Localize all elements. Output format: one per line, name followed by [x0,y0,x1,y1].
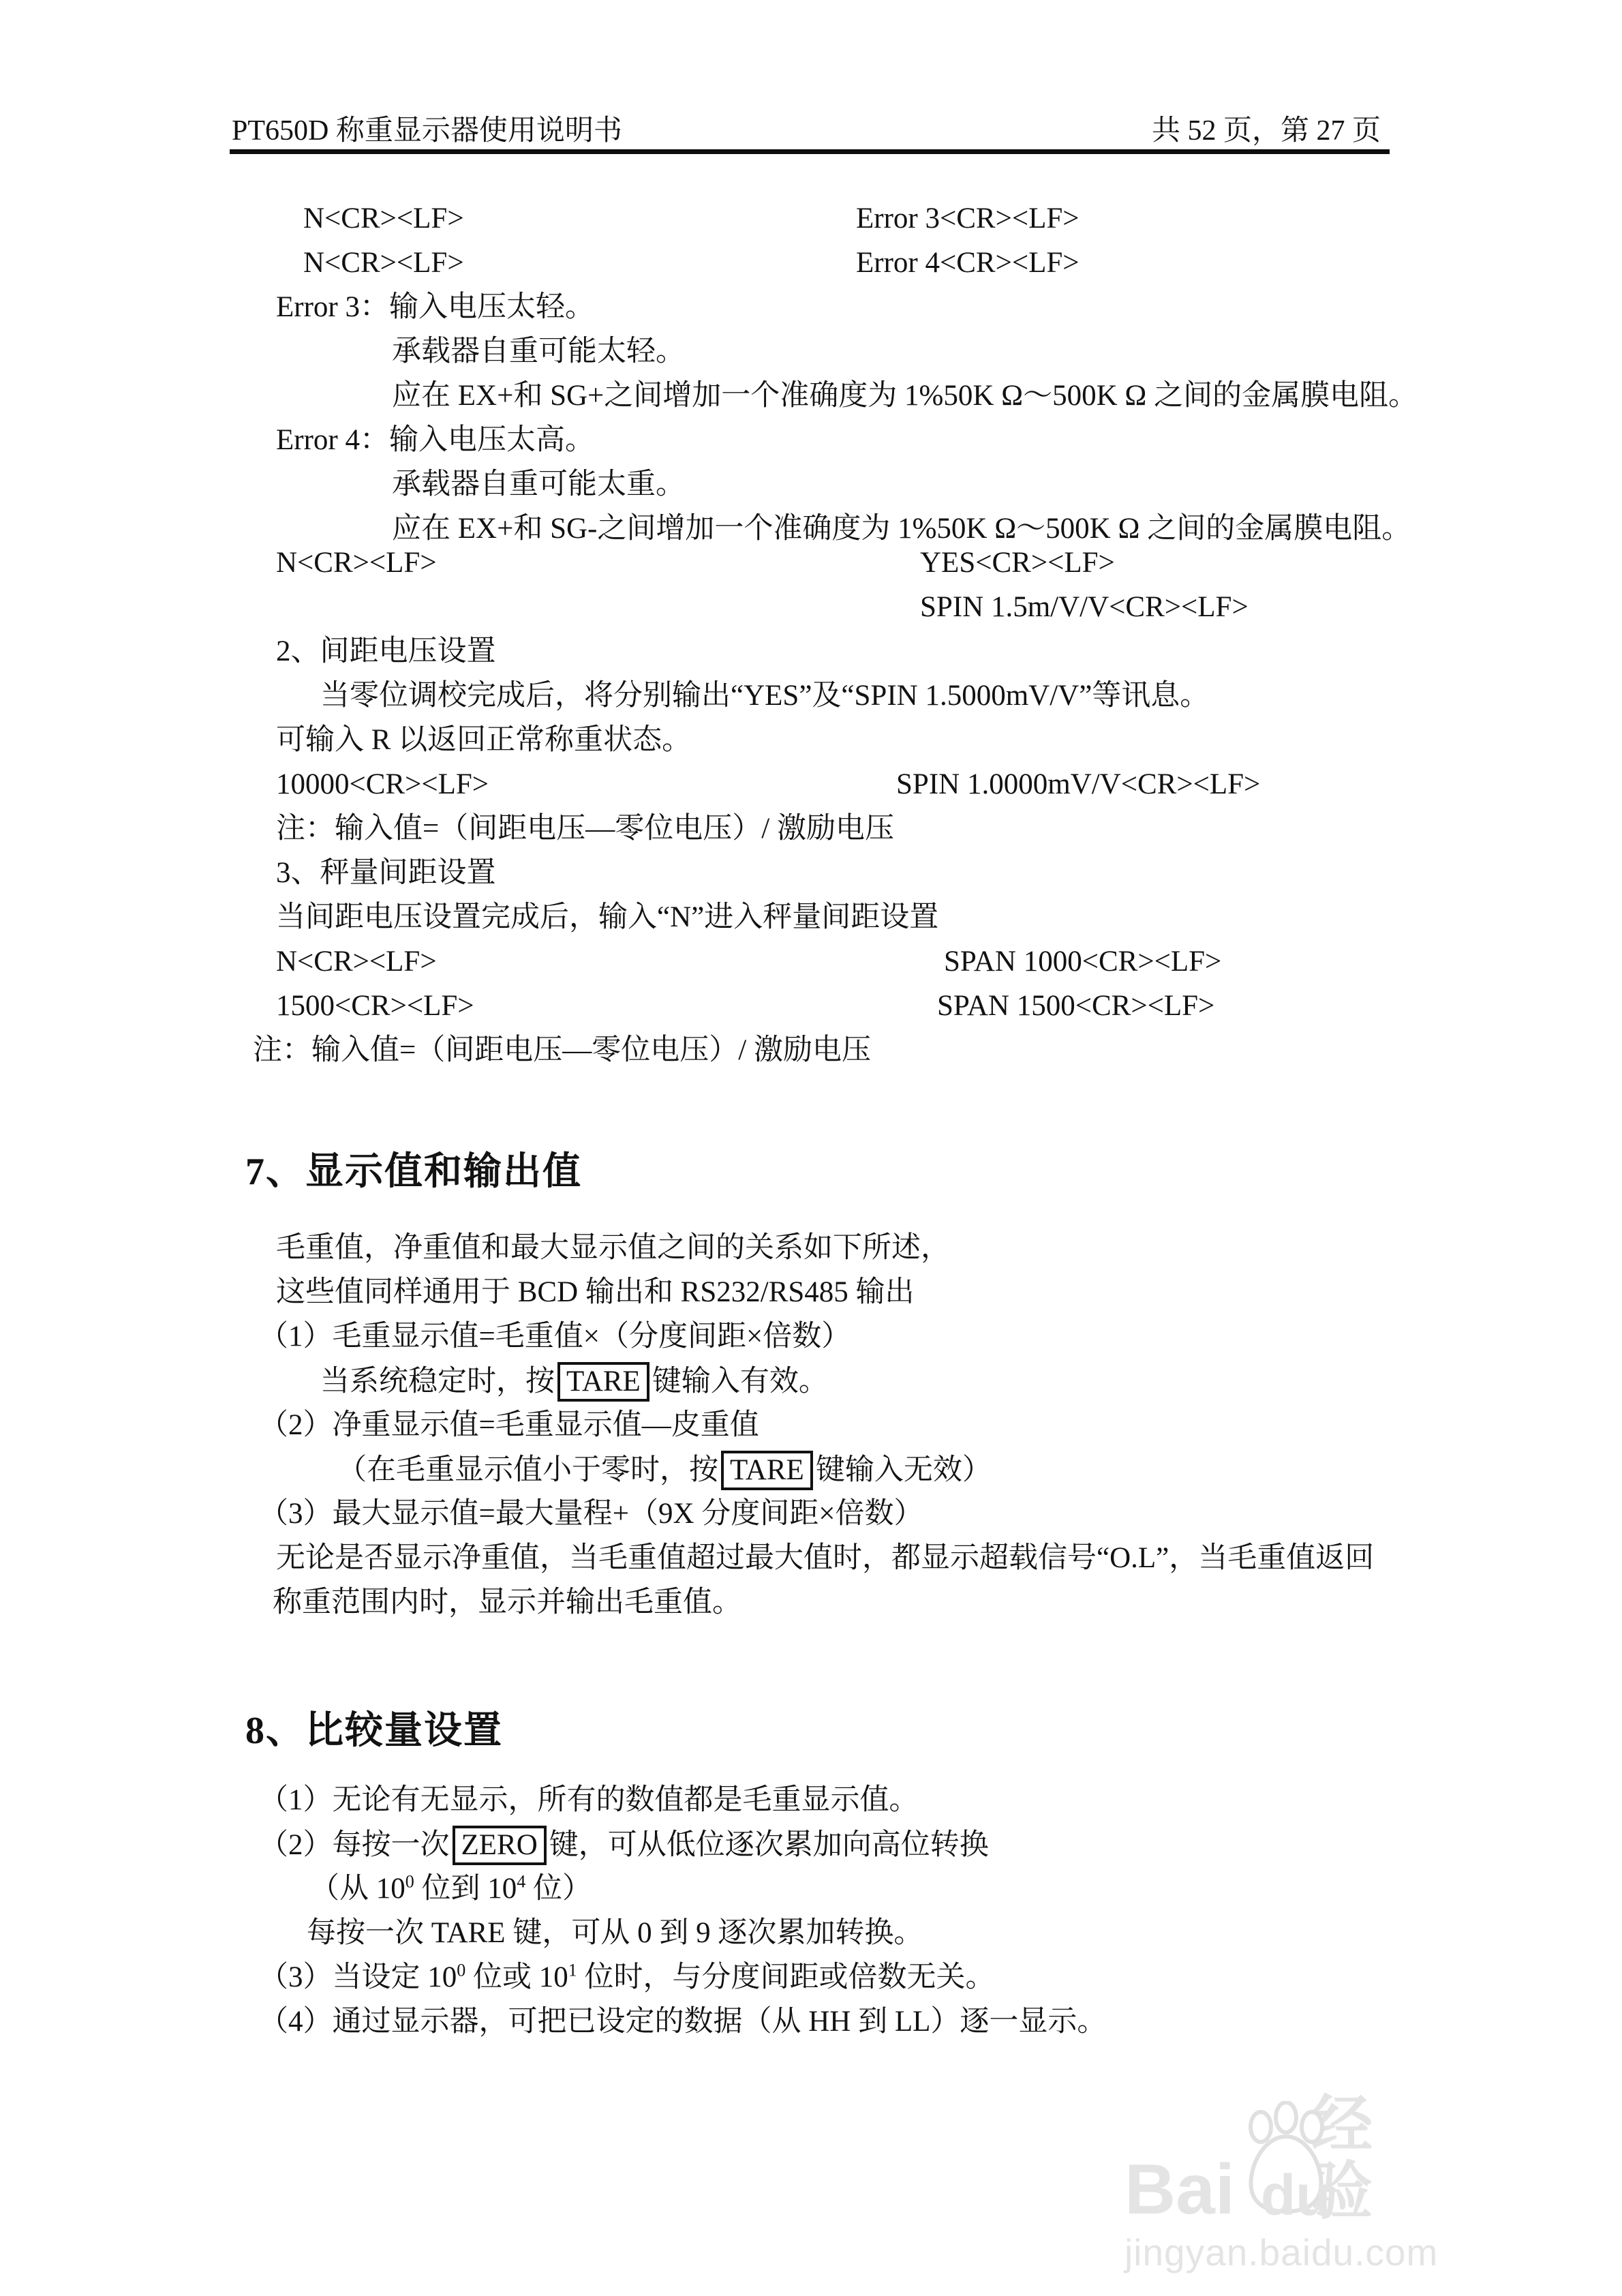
zero-key-cap: ZERO [453,1826,547,1865]
exchange-line: Error 4<CR><LF> [856,244,1080,282]
baidu-jingyan-watermark: Bai du 经验 jingyan.baidu.com [1124,2091,1397,2273]
device-response: Error 3<CR><LF> [856,202,1080,235]
text-before-key: （2）每按一次 [259,1829,450,1861]
device-response: SPAN 1500<CR><LF> [937,990,1214,1022]
exponent: 4 [517,1872,525,1892]
text-after-key: 键输入无效） [816,1454,992,1486]
sent-command: N<CR><LF> [303,247,464,279]
section7-para2: 这些值同样通用于 BCD 输出和 RS232/RS485 输出 [276,1273,915,1312]
exchange-line: N<CR><LF> [303,200,464,238]
sent-command: 10000<CR><LF> [276,768,489,800]
exchange-line: Error 3<CR><LF> [856,200,1080,238]
section8-item3: （3）当设定 100 位或 101 位时，与分度间距或倍数无关。 [259,1959,995,1997]
exchange-line: SPIN 1.0000mV/V<CR><LF> [896,766,1260,804]
section7-para3-line1: 无论是否显示净重值，当毛重值超过最大值时，都显示超载信号“O.L”，当毛重值返回 [276,1539,1374,1577]
exchange-line: SPAN 1000<CR><LF> [944,943,1221,981]
exchange-line: 10000<CR><LF> [276,766,489,804]
text-after-key: 键，可从低位逐次累加向高位转换 [549,1829,989,1861]
watermark-brand-bai: Bai [1124,2154,1235,2225]
header-rule [230,149,1390,154]
exchange-line: YES<CR><LF> [920,544,1115,582]
paw-icon: du [1235,2111,1306,2225]
exchange-line: N<CR><LF> [276,943,437,981]
device-response: Error 4<CR><LF> [856,247,1080,279]
step3-title: 3、秤量间距设置 [276,854,496,892]
section7-item2: （2）净重显示值=毛重显示值—皮重值 [259,1406,759,1445]
section8-item2: （2）每按一次ZERO键，可从低位逐次累加向高位转换 [259,1826,989,1865]
tare-key-cap: TARE [721,1451,813,1490]
section7-item1-note: 当系统稳定时，按TARE键输入有效。 [320,1362,828,1402]
item3-text: 位或 10 [465,1961,568,1993]
section8-item1: （1）无论有无显示，所有的数值都是毛重显示值。 [259,1781,919,1819]
section7-item3: （3）最大显示值=最大量程+（9X 分度间距×倍数） [259,1495,923,1533]
watermark-brand-du: du [1261,2166,1331,2224]
error3-remedy: 应在 EX+和 SG+之间增加一个准确度为 1%50K Ω～500K Ω 之间的… [392,377,1418,415]
device-response: SPIN 1.5m/V/V<CR><LF> [920,591,1249,623]
exponent: 0 [405,1872,414,1892]
manual-page: PT650D 称重显示器使用说明书 共 52 页，第 27 页 N<CR><LF… [0,0,1622,2296]
section7-para3-line2: 称重范围内时，显示并输出毛重值。 [273,1584,741,1622]
error4-desc: 承载器自重可能太重。 [392,466,685,504]
item3-text: （3）当设定 10 [259,1961,457,1993]
sent-command: N<CR><LF> [276,547,437,579]
sent-command: 1500<CR><LF> [276,990,474,1022]
text-before-key: 当系统稳定时，按 [320,1365,555,1398]
section7-item2-note: （在毛重显示值小于零时，按TARE键输入无效） [337,1451,992,1490]
error3-title: Error 3：输入电压太轻。 [276,288,594,327]
step2-title: 2、间距电压设置 [276,633,496,671]
section8-heading: 8、比较量设置 [245,1710,503,1752]
exchange-line: N<CR><LF> [276,544,437,582]
error4-remedy: 应在 EX+和 SG-之间增加一个准确度为 1%50K Ω～500K Ω 之间的… [392,510,1411,548]
page-number-info: 共 52 页，第 27 页 [1152,108,1381,149]
exchange-line: N<CR><LF> [303,244,464,282]
exponent: 1 [568,1961,577,1980]
error4-title: Error 4：输入电压太高。 [276,421,594,459]
device-response: SPIN 1.0000mV/V<CR><LF> [896,768,1260,800]
step2-para1: 当零位调校完成后，将分别输出“YES”及“SPIN 1.5000mV/V”等讯息… [320,677,1209,715]
step2-para2: 可输入 R 以返回正常称重状态。 [276,721,691,759]
range-text: （从 10 [310,1873,405,1905]
tare-key-cap: TARE [557,1362,649,1402]
text-before-key: （在毛重显示值小于零时，按 [337,1454,718,1486]
formula-note: 注：输入值=（间距电压—零位电压）/ 激励电压 [276,810,894,848]
error3-desc: 承载器自重可能太轻。 [392,333,685,371]
document-title: PT650D 称重显示器使用说明书 [232,108,622,149]
exchange-line: SPAN 1500<CR><LF> [937,987,1214,1025]
range-text: 位到 10 [414,1873,517,1905]
text-after-key: 键输入有效。 [652,1365,828,1398]
sent-command: N<CR><LF> [303,202,464,235]
sent-command: N<CR><LF> [276,946,437,978]
section7-item1: （1）毛重显示值=毛重值×（分度间距×倍数） [259,1318,851,1356]
page-header: PT650D 称重显示器使用说明书 共 52 页，第 27 页 [232,108,1381,149]
section7-para1: 毛重值，净重值和最大显示值之间的关系如下所述， [276,1229,950,1267]
watermark-logo: Bai du 经验 [1124,2091,1397,2225]
section8-item2-note: 每按一次 TARE 键，可从 0 到 9 逐次累加转换。 [307,1914,923,1952]
watermark-url: jingyan.baidu.com [1124,2232,1397,2273]
section8-item2-range: （从 100 位到 104 位） [310,1870,592,1908]
step3-para1: 当间距电压设置完成后，输入“N”进入秤量间距设置 [276,898,938,937]
device-response: SPAN 1000<CR><LF> [944,946,1221,978]
item3-text: 位时，与分度间距或倍数无关。 [577,1961,995,1993]
formula-note: 注：输入值=（间距电压—零位电压）/ 激励电压 [253,1031,871,1070]
section8-item4: （4）通过显示器，可把已设定的数据（从 HH 到 LL）逐一显示。 [259,2003,1106,2041]
device-response: YES<CR><LF> [920,547,1115,579]
exponent: 0 [457,1961,465,1980]
exchange-line: 1500<CR><LF> [276,987,474,1025]
exchange-line: SPIN 1.5m/V/V<CR><LF> [920,588,1249,626]
section7-heading: 7、显示值和输出值 [245,1151,582,1193]
range-text: 位） [525,1873,592,1905]
